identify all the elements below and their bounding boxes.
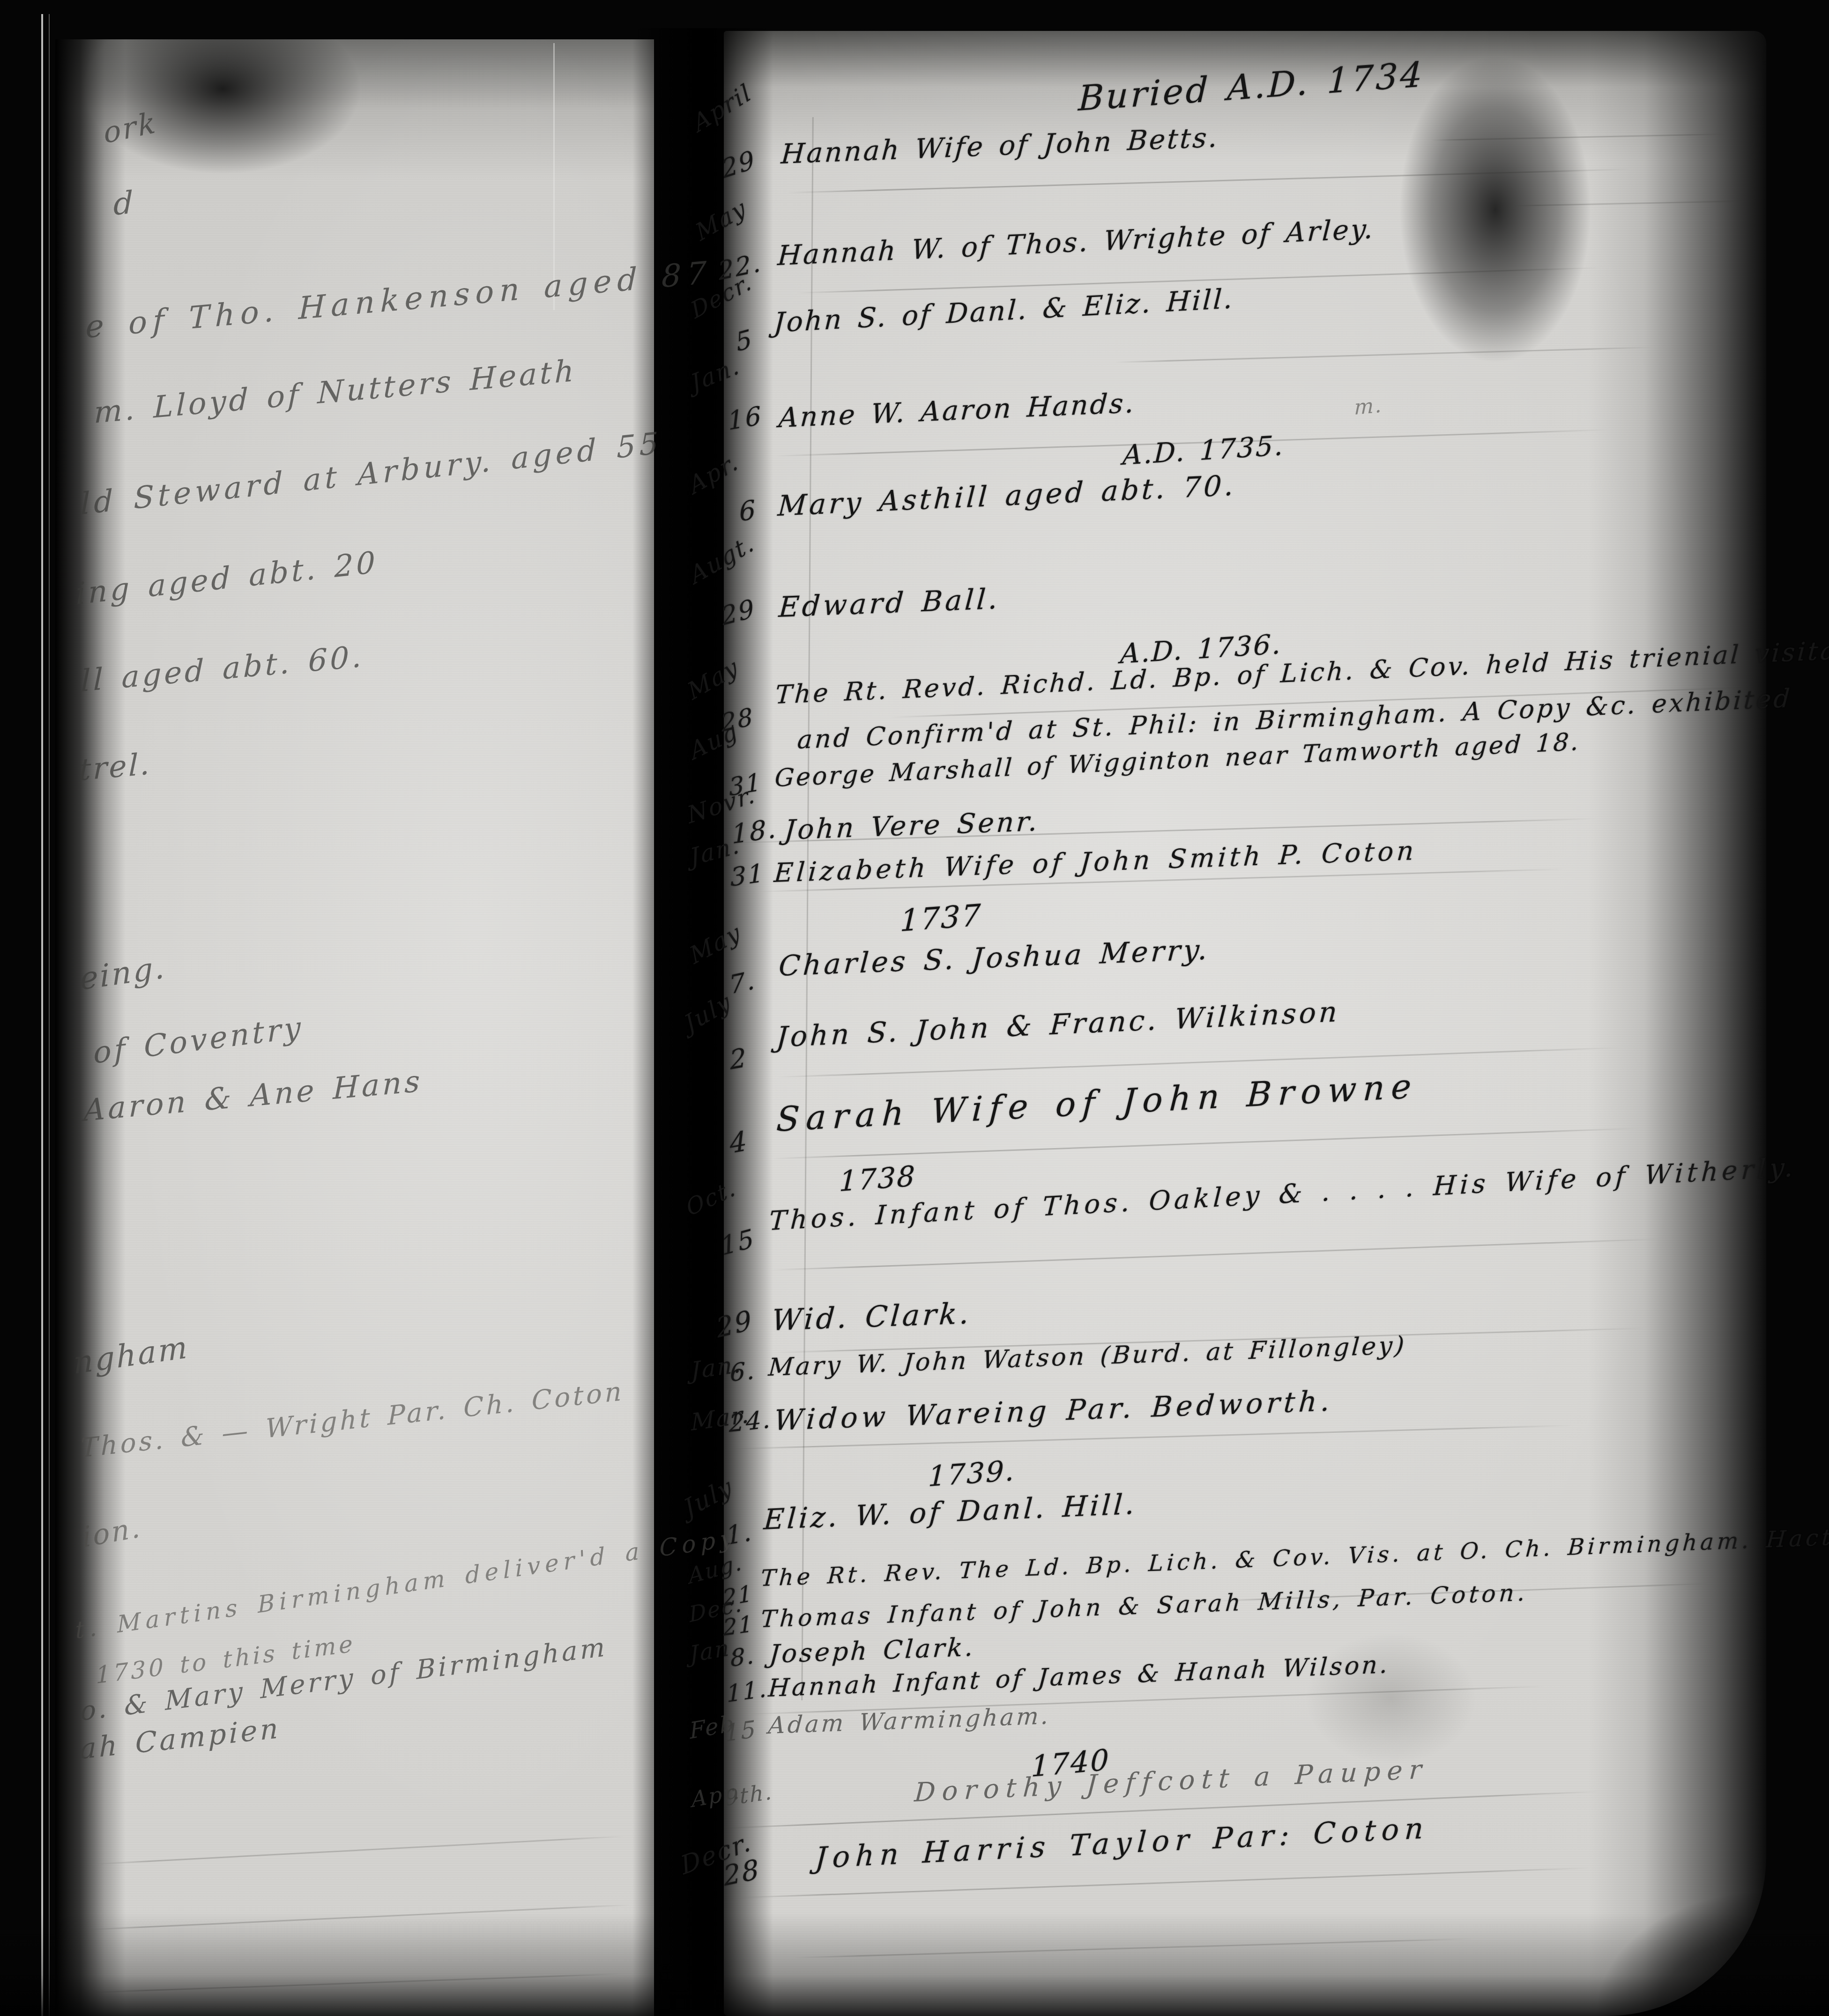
entry-day-label: 7. <box>728 965 757 1000</box>
register-entry-text: Wid. Clark. <box>771 1296 973 1337</box>
register-scan-photo: Buried A.D. 1734 April29Hannah Wife of J… <box>0 0 1829 2016</box>
year-heading: 1739. <box>928 1454 1016 1493</box>
entry-day-label: 4 <box>729 1125 749 1160</box>
left-page-fragment: trel. <box>79 747 152 788</box>
entry-day-label: 31 <box>730 858 766 892</box>
stray-ink-mark: m. <box>1354 393 1383 420</box>
entry-day-label: 11. <box>726 1675 768 1708</box>
year-heading: 1738 <box>839 1160 917 1198</box>
entry-day-label: 6. <box>730 1356 756 1387</box>
bottom-vignette <box>0 1913 1829 2016</box>
entry-day-label: 24. <box>729 1405 772 1438</box>
entry-day-label: 15 <box>724 1715 758 1747</box>
entry-day-label: 16 <box>727 400 764 436</box>
entry-day-label: 6 <box>738 494 758 528</box>
year-heading: 1737 <box>900 898 982 939</box>
left-page-fragment: d <box>113 184 135 222</box>
entry-day-label: 8. <box>730 1641 756 1672</box>
film-edge-line <box>49 14 50 2016</box>
film-edge-line <box>41 14 43 2016</box>
entry-day-label: 2 <box>729 1042 749 1076</box>
